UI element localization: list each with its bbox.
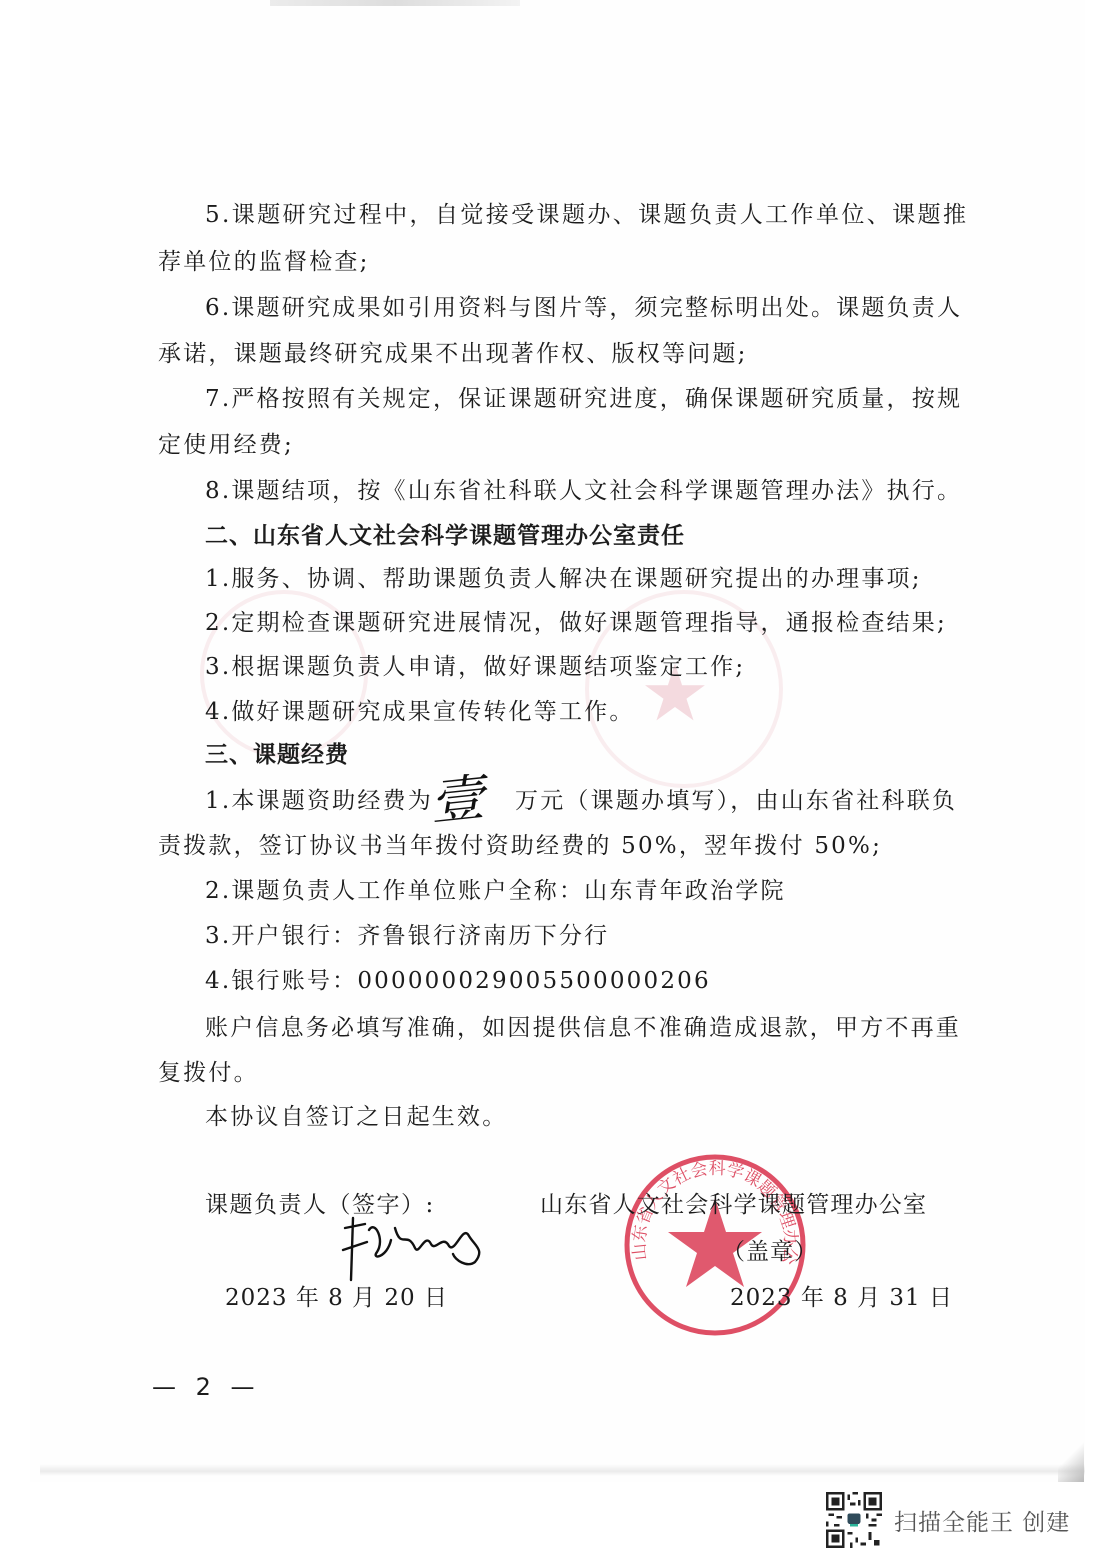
section-2-item-2: 2.定期检查课题研究进展情况，做好课题管理指导，通报检查结果; [205,608,947,638]
signatory-date: 2023 年 8 月 20 日 [225,1283,448,1313]
notice-line-2: 复拨付。 [158,1058,259,1088]
section-2-item-1: 1.服务、协调、帮助课题负责人解决在课题研究提出的办理事项; [205,564,922,594]
office-date: 2023 年 8 月 31 日 [730,1283,953,1313]
scanner-watermark: 扫描全能王 创建 [826,1494,1070,1546]
seal-note: （盖章） [722,1237,818,1267]
account-name: 2.课题负责人工作单位账户全称：山东青年政治学院 [205,876,786,906]
page-number: — 2 — [152,1372,261,1402]
qr-code-icon [826,1492,882,1548]
handwritten-amount: 壹 [427,769,488,830]
office-name: 山东省人文社会科学课题管理办公室 [540,1190,927,1220]
notice-line-1: 账户信息务必填写准确，如因提供信息不准确造成退款，甲方不再重 [205,1013,961,1043]
item-7-line-1: 7.严格按照有关规定，保证课题研究进度，确保课题研究质量，按规 [205,384,962,414]
bank-account-number: 4.银行账号：000000029005500000206 [205,966,711,996]
section-2-heading: 二、山东省人文社会科学课题管理办公室责任 [205,521,685,551]
watermark-text: 扫描全能王 创建 [894,1504,1070,1537]
funding-amount-suffix: 万元（课题办填写），由山东省社科联负 [515,786,957,816]
item-8: 8.课题结项，按《山东省社科联人文社会科学课题管理办法》执行。 [205,476,962,506]
funding-amount-prefix: 1.本课题资助经费为 [205,786,433,816]
handwritten-signature [335,1210,495,1288]
page-edge-shadow [40,1464,1085,1476]
item-5-line-1: 5.课题研究过程中，自觉接受课题办、课题负责人工作单位、课题推 [205,200,945,230]
funding-line-2: 责拨款，签订协议书当年拨付资助经费的 50%，翌年拨付 50%; [158,831,882,861]
effective-clause: 本协议自签订之日起生效。 [205,1102,507,1132]
section-2-item-3: 3.根据课题负责人申请，做好课题结项鉴定工作; [205,652,745,682]
item-5-line-2: 荐单位的监督检查; [158,247,370,277]
item-6-line-2: 承诺，课题最终研究成果不出现著作权、版权等问题; [158,339,748,369]
bank-name: 3.开户银行：齐鲁银行济南历下分行 [205,921,609,951]
page-corner-shadow [1058,1440,1084,1482]
cropped-previous-line [270,0,520,6]
section-2-item-4: 4.做好课题研究成果宣传转化等工作。 [205,697,635,727]
section-3-heading: 三、课题经费 [205,740,349,770]
item-7-line-2: 定使用经费; [158,430,294,460]
item-6-line-1: 6.课题研究成果如引用资料与图片等，须完整标明出处。课题负责人 [205,293,962,323]
